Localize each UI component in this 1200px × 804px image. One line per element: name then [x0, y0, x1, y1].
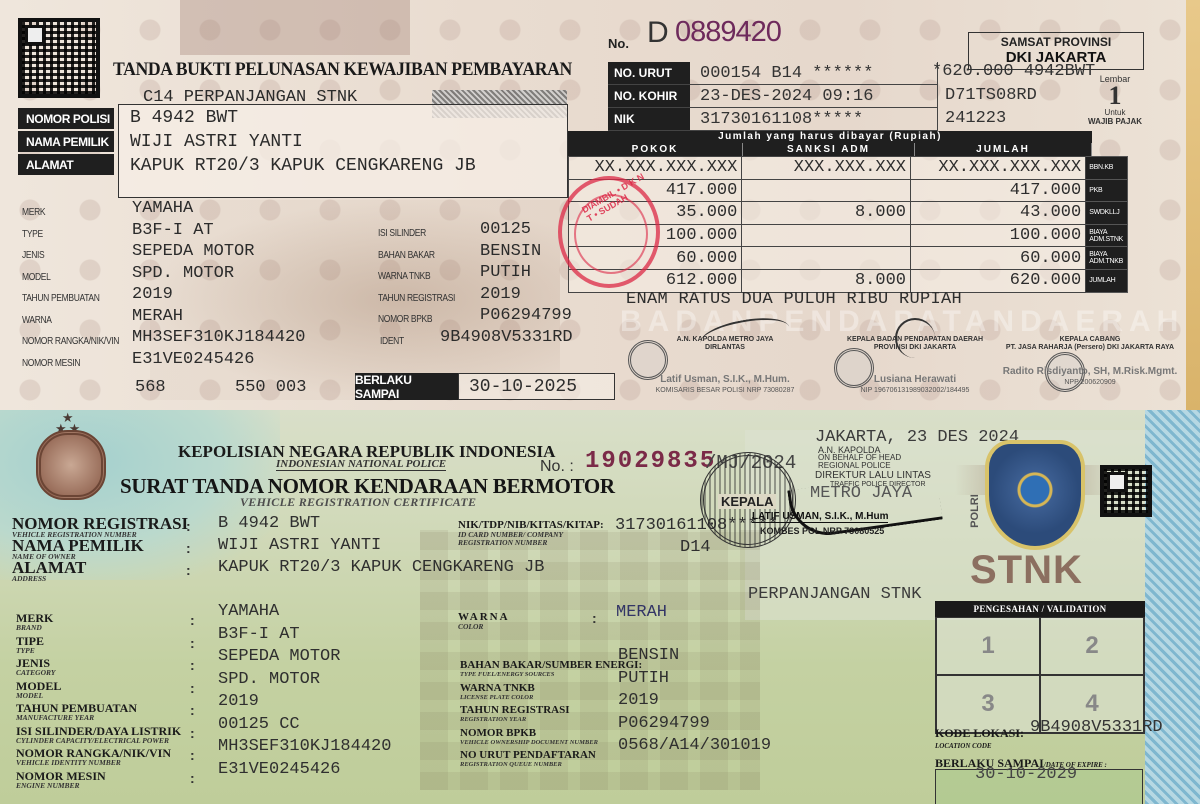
- colon: :: [190, 657, 195, 673]
- spec-label: NOMOR BPKB: [378, 314, 432, 325]
- spec-label: TIPETYPE: [16, 635, 44, 655]
- spec-value: YAMAHA: [218, 602, 279, 621]
- label-text: BAHAN BAKAR/SUMBER ENERGI:: [460, 659, 642, 671]
- payment-row: XX.XXX.XXX.XXXXXX.XXX.XXXXX.XXX.XXX.XXXB…: [569, 157, 1128, 180]
- paid-stamp: DIAMBIL • D K N T • SUDAH: [558, 176, 660, 288]
- payment-row: 612.0008.000620.000JUMLAH: [569, 269, 1128, 292]
- cell-sanksi: [742, 247, 911, 270]
- vehicle-registration-certificate: ★★★ KEPOLISIAN NEGARA REPUBLIK INDONESIA…: [0, 410, 1200, 804]
- issuer-kapolda: A.N. KAPOLDA ON BEHALF OF HEAD REGIONAL …: [818, 446, 901, 470]
- validation-header: PENGESAHAN / VALIDATION: [935, 601, 1145, 617]
- spec-value: BENSIN: [480, 242, 541, 261]
- spec-label: WARNA TNKB: [378, 271, 430, 282]
- stnk-logo: STNK: [970, 548, 1083, 593]
- cell-sanksi: 8.000: [742, 202, 911, 225]
- cell-jumlah: XX.XXX.XXX.XXX: [911, 157, 1086, 180]
- spec-value: PUTIH: [618, 669, 669, 688]
- label-en: VEHICLE OWNERSHIP DOCUMENT NUMBER: [460, 739, 598, 747]
- spec-label: TAHUN PEMBUATAN: [22, 293, 100, 304]
- spec-label: NOMOR MESINENGINE NUMBER: [16, 770, 106, 790]
- cell-jumlah: 620.000: [911, 269, 1086, 292]
- spec-label: TAHUN PEMBUATANMANUFACTURE YEAR: [16, 702, 137, 722]
- spec-value: MERAH: [132, 307, 183, 326]
- spec-value: 2019: [218, 692, 259, 711]
- sig-name: Latif Usman, S.I.K., M.Hum.: [640, 374, 810, 385]
- cell-sanksi: XXX.XXX.XXX: [742, 157, 911, 180]
- document-edge: [1186, 0, 1200, 410]
- label-en: REGISTRATION YEAR: [460, 716, 570, 724]
- valid-until-label: BERLAKU SAMPAI: [355, 373, 458, 400]
- kohir-side-value: 241223: [945, 109, 1006, 128]
- location-code-label: KODE LOKASI: LOCATION CODE: [935, 724, 1024, 750]
- kohir-value: 23-DES-2024 09:16: [690, 85, 938, 107]
- spec-value: P06294799: [618, 714, 710, 733]
- spec-label: MODELMODEL: [16, 680, 61, 700]
- sig-name: Lusiana Herawati: [830, 374, 1000, 385]
- spec-value: 00125 CC: [218, 715, 300, 734]
- header-pokok: POKOK: [568, 143, 743, 156]
- owner-value: KAPUK RT20/3 KAPUK CENGKARENG JB: [218, 558, 544, 577]
- spec-value: 2019: [618, 691, 659, 710]
- code-568: 568: [135, 378, 166, 397]
- cell-sanksi: [742, 224, 911, 247]
- sig-nrp: NIP 196706131989032002/184495: [830, 387, 1000, 394]
- label-en: TYPE FUEL/ENERGY SOURCES: [460, 671, 642, 679]
- label-text: WARNA TNKB: [460, 682, 535, 694]
- cell-jumlah: 43.000: [911, 202, 1086, 225]
- owner-label: ALAMATADDRESS: [12, 562, 86, 583]
- label-en: MANUFACTURE YEAR: [16, 714, 137, 722]
- owner-value: B 4942 BWT: [218, 514, 320, 533]
- receipt-number-prefix: D: [647, 16, 669, 50]
- spec-value: B3F-I AT: [132, 221, 214, 240]
- cell-tag: BIAYA ADM.TNKB: [1086, 247, 1128, 270]
- signer-nrp: KOMBES POL NRP 73080525: [760, 526, 884, 536]
- signer-name: LATIF USMAN, S.I.K., M.Hum: [752, 511, 888, 523]
- colon: :: [190, 770, 195, 786]
- copy-indicator: Lembar 1 Untuk WAJIB PAJAK: [1080, 74, 1150, 126]
- spec-value: B3F-I AT: [218, 625, 300, 644]
- spec-label: MERKBRAND: [16, 612, 53, 632]
- spec-label: ISI SILINDER: [378, 228, 426, 239]
- spec-value: PUTIH: [480, 263, 531, 282]
- signature-scribble: [895, 318, 935, 358]
- spec-label: TAHUN REGISTRASIREGISTRATION YEAR: [460, 703, 570, 724]
- location-code-value: 9B4908V5331RD: [1030, 718, 1163, 737]
- colon: :: [190, 635, 195, 651]
- colon: :: [186, 540, 191, 556]
- spec-label: NOMOR RANGKA/NIK/VIN: [22, 336, 119, 347]
- polri-hologram-icon: [985, 440, 1085, 550]
- spec-value: 2019: [132, 285, 173, 304]
- cell-pokok: XX.XXX.XXX.XXX: [569, 157, 742, 180]
- spec-label: WARNA: [22, 315, 52, 326]
- polri-text: POLRI: [969, 494, 981, 528]
- stnk-number: 19029835: [585, 448, 716, 475]
- kohir-row: NO. URUT000154 B14 ******: [608, 62, 938, 85]
- value-alamat: KAPUK RT20/3 KAPUK CENGKARENG JB: [130, 156, 476, 176]
- colon: :: [190, 725, 195, 741]
- kode-label: KODE LOKASI:: [935, 726, 1024, 740]
- spec-label: MODEL: [22, 272, 51, 283]
- spec-value: 0568/A14/301019: [618, 736, 771, 755]
- spec-value: 2019: [480, 285, 521, 304]
- spec-value: YAMAHA: [132, 199, 193, 218]
- spec-value: 00125: [480, 220, 531, 239]
- label-text: NOMOR BPKB: [460, 727, 536, 739]
- spec-value: BENSIN: [618, 646, 679, 665]
- kohir-side-value: *620.000 4942BWT: [932, 62, 1095, 81]
- security-wave-pattern: [1145, 410, 1200, 804]
- spec-value: P06294799: [480, 306, 572, 325]
- cell-jumlah: 100.000: [911, 224, 1086, 247]
- spec-label: NOMOR RANGKA/NIK/VINVEHICLE IDENTITY NUM…: [16, 747, 171, 767]
- spec-label: BAHAN BAKAR: [378, 250, 435, 261]
- kohir-label: NO. URUT: [608, 62, 690, 84]
- spec-value: SPD. MOTOR: [218, 670, 320, 689]
- spec-label: NOMOR MESIN: [22, 358, 80, 369]
- label-text: NO URUT PENDAFTARAN: [460, 749, 596, 761]
- kohir-row: NO. KOHIR23-DES-2024 09:16: [608, 85, 938, 108]
- spec-label: NOMOR BPKBVEHICLE OWNERSHIP DOCUMENT NUM…: [460, 726, 598, 747]
- sig-title2: PT. JASA RAHARJA (Persero) DKI JAKARTA R…: [1000, 344, 1180, 352]
- receipt-number-label: No.: [608, 36, 629, 51]
- validation-grid: PENGESAHAN / VALIDATION 1 2 3 4: [935, 601, 1145, 734]
- stnk-title-en: VEHICLE REGISTRATION CERTIFICATE: [240, 495, 476, 510]
- colon: :: [190, 612, 195, 628]
- colon: :: [190, 702, 195, 718]
- label-nama-pemilik: NAMA PEMILIK: [18, 131, 114, 152]
- value-nama-pemilik: WIJI ASTRI YANTI: [130, 132, 303, 152]
- spec-label: JENIS: [22, 250, 44, 261]
- receipt-number: 0889420: [675, 16, 781, 49]
- spec-label: NO URUT PENDAFTARANREGISTRATION QUEUE NU…: [460, 748, 596, 769]
- spec-value: E31VE0245426: [132, 350, 254, 369]
- label-en: CATEGORY: [16, 669, 55, 677]
- sig-nrp: NPP 200620909: [1000, 379, 1180, 386]
- nik-label: NIK/TDP/NIB/KITAS/KITAP: ID CARD NUMBER/…: [458, 518, 608, 547]
- cell-jumlah: 60.000: [911, 247, 1086, 270]
- label-en: LICENSE PLATE COLOR: [460, 694, 535, 702]
- header-sanksi: SANKSI ADM: [743, 143, 915, 156]
- cell-tag: PKB: [1086, 179, 1128, 202]
- value-nomor-polisi: B 4942 BWT: [130, 108, 238, 128]
- label-alamat: ALAMAT: [18, 154, 114, 175]
- spec-label: IDENT: [380, 336, 404, 347]
- kohir-side-value: D71TS08RD: [945, 86, 1037, 105]
- label-en: ENGINE NUMBER: [16, 782, 106, 790]
- spec-label: MERK: [22, 207, 45, 218]
- spec-value: E31VE0245426: [218, 760, 340, 779]
- samsat-line1: SAMSAT PROVINSI: [969, 35, 1143, 49]
- spec-label: TYPE: [22, 229, 43, 240]
- spec-value: 9B4908V5331RD: [440, 328, 573, 347]
- cell-tag: JUMLAH: [1086, 269, 1128, 292]
- spec-label: BAHAN BAKAR/SUMBER ENERGI:TYPE FUEL/ENER…: [460, 658, 642, 679]
- label-en: REGISTRATION QUEUE NUMBER: [460, 761, 596, 769]
- warna-value: MERAH: [616, 603, 667, 622]
- validation-cells: 1 2 3 4: [935, 617, 1145, 734]
- payment-caption: Jumlah yang harus dibayar (Rupiah): [568, 131, 1092, 143]
- payment-header: POKOK SANKSI ADM JUMLAH: [568, 143, 1092, 156]
- cell-jumlah: 417.000: [911, 179, 1086, 202]
- label-nomor-polisi: NOMOR POLISI: [18, 108, 114, 129]
- police-emblem-icon: [36, 430, 106, 500]
- stnk-number-label: No. :: [540, 458, 574, 476]
- valid-until-value: 30-10-2025: [458, 373, 615, 400]
- lembar-wajib: WAJIB PAJAK: [1080, 117, 1150, 126]
- label-en: VEHICLE IDENTITY NUMBER: [16, 759, 171, 767]
- qr-code-icon: [1100, 465, 1152, 517]
- kohir-row: NIK31730161108*****: [608, 108, 938, 131]
- cell-sanksi: 8.000: [742, 269, 911, 292]
- label-en: CYLINDER CAPACITY/ELECTRICAL POWER: [16, 737, 181, 745]
- stnk-header-agency-en: INDONESIAN NATIONAL POLICE: [276, 458, 446, 471]
- signatory-jasa-raharja: KEPALA CABANG PT. JASA RAHARJA (Persero)…: [1000, 336, 1180, 386]
- warna-label-en: COLOR: [458, 623, 510, 631]
- tax-payment-receipt: TANDA BUKTI PELUNASAN KEWAJIBAN PEMBAYAR…: [0, 0, 1200, 410]
- lembar-untuk: Untuk: [1080, 108, 1150, 117]
- receipt-title: TANDA BUKTI PELUNASAN KEWAJIBAN PEMBAYAR…: [113, 59, 572, 81]
- expire-value: 30-10-2029: [975, 765, 1077, 784]
- kapolda-en2: REGIONAL POLICE: [818, 462, 901, 470]
- label-text: TAHUN REGISTRASI: [460, 704, 570, 716]
- spec-label: ISI SILINDER/DAYA LISTRIKCYLINDER CAPACI…: [16, 725, 181, 745]
- kohir-grid: NO. URUT000154 B14 ****** NO. KOHIR23-DE…: [608, 62, 938, 131]
- spec-value: SEPEDA MOTOR: [132, 242, 254, 261]
- validation-cell-1: 1: [936, 617, 1040, 675]
- kode-label-en: LOCATION CODE: [935, 742, 1024, 750]
- spec-label: JENISCATEGORY: [16, 657, 55, 677]
- nik-value2: D14: [680, 538, 711, 557]
- cell-tag: BBN.KB: [1086, 157, 1128, 180]
- spec-label: TAHUN REGISTRASI: [378, 293, 455, 304]
- header-jumlah: JUMLAH: [915, 143, 1092, 156]
- cell-sanksi: [742, 179, 911, 202]
- renewal-note: PERPANJANGAN STNK: [748, 585, 921, 604]
- sig-title: KEPALA CABANG: [1000, 336, 1180, 344]
- warna-label: WARNA COLOR: [458, 610, 510, 631]
- colon: :: [592, 610, 597, 626]
- colon: :: [190, 680, 195, 696]
- background-pattern: [180, 0, 410, 55]
- label-en: TYPE: [16, 647, 44, 655]
- owner-value: WIJI ASTRI YANTI: [218, 536, 381, 555]
- cell-tag: BIAYA ADM.STNK: [1086, 224, 1128, 247]
- validation-cell-2: 2: [1040, 617, 1144, 675]
- spec-value: SEPEDA MOTOR: [218, 647, 340, 666]
- kohir-value: 000154 B14 ******: [690, 62, 938, 84]
- sig-name: Radito Risdiyanto, SH, M.Risk.Mgmt.: [1000, 366, 1180, 377]
- qr-code-icon: [18, 18, 100, 98]
- spec-label: WARNA TNKBLICENSE PLATE COLOR: [460, 681, 535, 702]
- kohir-value: 31730161108*****: [690, 108, 938, 130]
- spec-value: SPD. MOTOR: [132, 264, 234, 283]
- sig-nrp: KOMISARIS BESAR POLISI NRP 73080287: [640, 387, 810, 394]
- seal-text: KEPALA: [718, 494, 776, 509]
- cell-tag: SWDKLLJ: [1086, 202, 1128, 225]
- colon: :: [190, 747, 195, 763]
- code-550003: 550 003: [235, 378, 306, 397]
- label-en: BRAND: [16, 624, 53, 632]
- kohir-label: NIK: [608, 108, 690, 130]
- colon: :: [186, 518, 191, 534]
- nik-label-en: ID CARD NUMBER/ COMPANY REGISTRATION NUM…: [458, 531, 608, 547]
- colon: :: [186, 562, 191, 578]
- spec-value: MH3SEF310KJ184420: [218, 737, 391, 756]
- spec-value: MH3SEF310KJ184420: [132, 328, 305, 347]
- label-en: MODEL: [16, 692, 61, 700]
- kohir-label: NO. KOHIR: [608, 85, 690, 107]
- lembar-number: 1: [1080, 84, 1150, 108]
